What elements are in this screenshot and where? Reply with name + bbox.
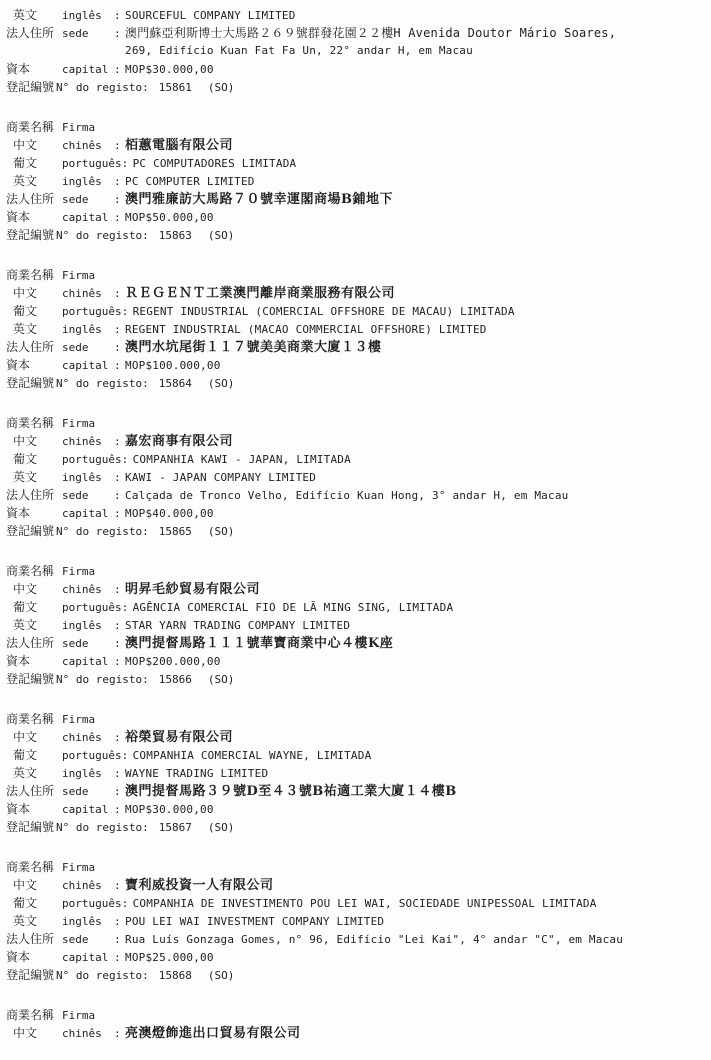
field-label-zh: 葡文	[6, 450, 62, 468]
field-label-zh: 商業名稱	[6, 414, 62, 432]
field-row-firm: 商業名稱 Firma	[6, 414, 711, 432]
field-label-zh: 資本	[6, 208, 62, 226]
field-label-zh: 資本	[6, 800, 62, 818]
field-label-pt: chinês	[62, 1025, 114, 1043]
field-label-pt: chinês	[62, 285, 114, 303]
field-label-pt: capital	[62, 357, 114, 375]
registry-entry: 商業名稱 Firma 中文 chinês : 寶利威投資一人有限公司 葡文 po…	[6, 858, 711, 984]
colon: :	[114, 949, 125, 967]
field-label-pt: português	[62, 747, 122, 765]
field-label-zh: 法人住所	[6, 338, 62, 356]
field-label-zh: 英文	[6, 764, 62, 782]
value-capital: MOP$30.000,00	[125, 61, 214, 79]
colon: :	[114, 581, 125, 599]
colon: :	[114, 505, 125, 523]
field-label-pt: capital	[62, 209, 114, 227]
colon: :	[114, 913, 125, 931]
value-address: 澳門提督馬路３９號D至４３號B祐適工業大廈１４樓B	[125, 783, 457, 801]
field-row-english: 英文 inglês : STAR YARN TRADING COMPANY LI…	[6, 616, 711, 634]
colon: :	[114, 357, 125, 375]
field-label-pt: capital	[62, 801, 114, 819]
colon: :	[114, 339, 125, 357]
registry-entry: 商業名稱 Firma 中文 chinês : 裕榮貿易有限公司 葡文 portu…	[6, 710, 711, 836]
field-label-zh: 資本	[6, 60, 62, 78]
field-row-registry: 登記編號 N° do registo: 15865 (SO)	[6, 522, 711, 540]
field-label-pt: sede	[62, 25, 114, 43]
field-label-zh: 法人住所	[6, 782, 62, 800]
field-label-pt: português	[62, 303, 122, 321]
field-label-pt: inglês	[62, 173, 114, 191]
field-label-pt: capital	[62, 653, 114, 671]
field-row-chinese: 中文 chinês : 裕榮貿易有限公司	[6, 728, 711, 746]
field-label-pt: Firma	[62, 1007, 114, 1025]
field-label-pt: N° do registo:	[56, 375, 149, 393]
field-row-registry: 登記編號 N° do registo: 15864 (SO)	[6, 374, 711, 392]
registry-suffix: (SO)	[208, 523, 235, 541]
field-label-pt: N° do registo:	[56, 523, 149, 541]
registry-suffix: (SO)	[208, 967, 235, 985]
value-english-name: PC COMPUTER LIMITED	[125, 173, 255, 191]
field-row-portuguese: 葡文 português : REGENT INDUSTRIAL (COMERC…	[6, 302, 711, 320]
registry-number: 15866	[159, 671, 192, 689]
value-chinese-name: 裕榮貿易有限公司	[125, 729, 233, 747]
field-row-address: 法人住所 sede : 澳門提督馬路１１１號華寶商業中心４樓K座	[6, 634, 711, 652]
value-english-name: SOURCEFUL COMPANY LIMITED	[125, 7, 296, 25]
colon: :	[122, 303, 133, 321]
field-row-firm: 商業名稱 Firma	[6, 562, 711, 580]
field-label-zh: 資本	[6, 504, 62, 522]
colon: :	[114, 469, 125, 487]
colon: :	[114, 783, 125, 801]
field-row-capital: 資本 capital : MOP$25.000,00	[6, 948, 711, 966]
field-row-english: 英文 inglês : WAYNE TRADING LIMITED	[6, 764, 711, 782]
field-label-pt: chinês	[62, 137, 114, 155]
value-capital: MOP$200.000,00	[125, 653, 221, 671]
field-row-registry: 登記編號 N° do registo: 15866 (SO)	[6, 670, 711, 688]
field-label-pt: chinês	[62, 433, 114, 451]
value-capital: MOP$50.000,00	[125, 209, 214, 227]
field-label-zh: 中文	[6, 876, 62, 894]
field-label-zh: 資本	[6, 652, 62, 670]
value-capital: MOP$30.000,00	[125, 801, 214, 819]
value-chinese-name: 寶利威投資一人有限公司	[125, 877, 274, 895]
registry-entry: 商業名稱 Firma 中文 chinês : 栢蕙電腦有限公司 葡文 portu…	[6, 118, 711, 244]
registry-number: 15861	[159, 79, 192, 97]
field-row-portuguese: 葡文 português : COMPANHIA COMERCIAL WAYNE…	[6, 746, 711, 764]
field-row-chinese: 中文 chinês : ＲＥＧＥＮＴ工業澳門離岸商業服務有限公司	[6, 284, 711, 302]
field-label-pt: N° do registo:	[56, 671, 149, 689]
field-label-pt: inglês	[62, 321, 114, 339]
field-label-pt: inglês	[62, 7, 114, 25]
field-label-pt: Firma	[62, 415, 114, 433]
value-portuguese-name: COMPANHIA COMERCIAL WAYNE, LIMITADA	[133, 747, 372, 765]
field-row-chinese: 中文 chinês : 明昇毛紗貿易有限公司	[6, 580, 711, 598]
value-capital: MOP$40.000,00	[125, 505, 214, 523]
field-label-pt: chinês	[62, 729, 114, 747]
colon: :	[114, 209, 125, 227]
field-label-pt: Firma	[62, 267, 114, 285]
field-label-zh: 商業名稱	[6, 858, 62, 876]
field-row-address: 法人住所 sede : Rua Luís Gonzaga Gomes, n° 9…	[6, 930, 711, 948]
field-label-zh: 英文	[6, 172, 62, 190]
registry-number: 15865	[159, 523, 192, 541]
field-label-zh: 中文	[6, 432, 62, 450]
field-label-zh: 葡文	[6, 894, 62, 912]
field-label-pt: inglês	[62, 617, 114, 635]
field-row-portuguese: 葡文 português : COMPANHIA DE INVESTIMENTO…	[6, 894, 711, 912]
field-row-address: 法人住所 sede : 澳門蘇亞利斯博士大馬路２６９號群發花園２２樓H Aven…	[6, 24, 711, 42]
field-label-zh: 登記編號	[6, 522, 56, 540]
value-chinese-name: ＲＥＧＥＮＴ工業澳門離岸商業服務有限公司	[125, 285, 395, 303]
field-label-zh: 中文	[6, 1024, 62, 1042]
value-portuguese-name: COMPANHIA DE INVESTIMENTO POU LEI WAI, S…	[133, 895, 597, 913]
field-row-capital: 資本 capital : MOP$30.000,00	[6, 800, 711, 818]
value-address: Rua Luís Gonzaga Gomes, n° 96, Edifício …	[125, 931, 623, 949]
field-label-zh: 中文	[6, 580, 62, 598]
colon: :	[114, 25, 125, 43]
field-label-zh: 葡文	[6, 598, 62, 616]
registry-number: 15864	[159, 375, 192, 393]
registry-suffix: (SO)	[208, 79, 235, 97]
field-label-pt: Firma	[62, 563, 114, 581]
colon: :	[114, 617, 125, 635]
field-row-registry: 登記編號 N° do registo: 15867 (SO)	[6, 818, 711, 836]
field-label-pt: capital	[62, 949, 114, 967]
registry-entry-partial-bottom: 商業名稱 Firma 中文 chinês : 亮澳燈飾進出口貿易有限公司	[6, 1006, 711, 1042]
field-row-capital: 資本 capital : MOP$50.000,00	[6, 208, 711, 226]
registry-entry-partial-top: 英文 inglês : SOURCEFUL COMPANY LIMITED 法人…	[6, 6, 711, 96]
field-label-pt: sede	[62, 339, 114, 357]
colon: :	[114, 635, 125, 653]
field-label-zh: 法人住所	[6, 24, 62, 42]
field-label-zh: 葡文	[6, 154, 62, 172]
field-label-pt: N° do registo:	[56, 227, 149, 245]
field-label-pt: sede	[62, 635, 114, 653]
field-row-english: 英文 inglês : POU LEI WAI INVESTMENT COMPA…	[6, 912, 711, 930]
field-label-pt: sede	[62, 783, 114, 801]
field-label-zh: 英文	[6, 320, 62, 338]
field-row-english: 英文 inglês : REGENT INDUSTRIAL (MACAO COM…	[6, 320, 711, 338]
field-row-english: 英文 inglês : PC COMPUTER LIMITED	[6, 172, 711, 190]
registry-suffix: (SO)	[208, 819, 235, 837]
field-label-pt: inglês	[62, 913, 114, 931]
field-label-zh: 中文	[6, 728, 62, 746]
field-label-zh: 英文	[6, 468, 62, 486]
field-label-zh: 葡文	[6, 746, 62, 764]
field-row-capital: 資本 capital : MOP$200.000,00	[6, 652, 711, 670]
field-row-capital: 資本 capital : MOP$30.000,00	[6, 60, 711, 78]
field-label-pt: português	[62, 451, 122, 469]
value-chinese-name: 亮澳燈飾進出口貿易有限公司	[125, 1025, 301, 1043]
field-row-address: 法人住所 sede : Calçada de Tronco Velho, Edi…	[6, 486, 711, 504]
field-row-chinese: 中文 chinês : 嘉宏商事有限公司	[6, 432, 711, 450]
colon: :	[114, 931, 125, 949]
field-label-zh: 葡文	[6, 302, 62, 320]
field-row-firm: 商業名稱 Firma	[6, 1006, 711, 1024]
field-label-zh: 登記編號	[6, 670, 56, 688]
value-english-name: STAR YARN TRADING COMPANY LIMITED	[125, 617, 350, 635]
field-label-zh: 資本	[6, 948, 62, 966]
field-label-pt: Firma	[62, 119, 114, 137]
value-english-name: KAWI - JAPAN COMPANY LIMITED	[125, 469, 316, 487]
field-label-zh: 登記編號	[6, 226, 56, 244]
value-english-name: POU LEI WAI INVESTMENT COMPANY LIMITED	[125, 913, 384, 931]
field-label-pt: capital	[62, 505, 114, 523]
field-row-firm: 商業名稱 Firma	[6, 118, 711, 136]
field-row-capital: 資本 capital : MOP$100.000,00	[6, 356, 711, 374]
value-english-name: REGENT INDUSTRIAL (MACAO COMMERCIAL OFFS…	[125, 321, 487, 339]
value-chinese-name: 栢蕙電腦有限公司	[125, 137, 233, 155]
registry-entry: 商業名稱 Firma 中文 chinês : 明昇毛紗貿易有限公司 葡文 por…	[6, 562, 711, 688]
colon: :	[114, 285, 125, 303]
registry-number: 15867	[159, 819, 192, 837]
field-label-zh: 商業名稱	[6, 1006, 62, 1024]
colon: :	[114, 487, 125, 505]
value-address-line2: 269, Edifício Kuan Fat Fa Un, 22° andar …	[125, 42, 473, 60]
field-label-zh: 商業名稱	[6, 562, 62, 580]
colon: :	[114, 321, 125, 339]
registry-suffix: (SO)	[208, 671, 235, 689]
colon: :	[114, 729, 125, 747]
field-label-pt: chinês	[62, 581, 114, 599]
colon: :	[114, 433, 125, 451]
colon: :	[122, 599, 133, 617]
value-chinese-name: 明昇毛紗貿易有限公司	[125, 581, 260, 599]
field-label-zh: 中文	[6, 284, 62, 302]
field-label-pt: capital	[62, 61, 114, 79]
field-row-portuguese: 葡文 português : PC COMPUTADORES LIMITADA	[6, 154, 711, 172]
field-row-address: 法人住所 sede : 澳門提督馬路３９號D至４３號B祐適工業大廈１４樓B	[6, 782, 711, 800]
registry-suffix: (SO)	[208, 375, 235, 393]
value-address: 澳門雅廉訪大馬路７０號幸運閣商場B鋪地下	[125, 191, 393, 209]
colon: :	[114, 877, 125, 895]
registry-number: 15868	[159, 967, 192, 985]
field-label-zh: 中文	[6, 136, 62, 154]
value-address: 澳門蘇亞利斯博士大馬路２６９號群發花園２２樓H Avenida Doutor M…	[125, 24, 616, 42]
field-row-registry: 登記編號 N° do registo: 15861 (SO)	[6, 78, 711, 96]
field-row-english: 英文 inglês : KAWI - JAPAN COMPANY LIMITED	[6, 468, 711, 486]
field-row-registry: 登記編號 N° do registo: 15863 (SO)	[6, 226, 711, 244]
colon: :	[114, 1025, 125, 1043]
field-row-address: 法人住所 sede : 澳門水坑尾街１１７號美美商業大廈１３樓	[6, 338, 711, 356]
field-label-pt: Firma	[62, 711, 114, 729]
field-label-pt: sede	[62, 931, 114, 949]
value-capital: MOP$100.000,00	[125, 357, 221, 375]
colon: :	[114, 801, 125, 819]
colon: :	[122, 155, 133, 173]
field-label-zh: 英文	[6, 616, 62, 634]
value-address: Calçada de Tronco Velho, Edifício Kuan H…	[125, 487, 568, 505]
field-label-zh: 登記編號	[6, 818, 56, 836]
colon: :	[114, 137, 125, 155]
registry-suffix: (SO)	[208, 227, 235, 245]
field-label-zh: 登記編號	[6, 78, 56, 96]
value-portuguese-name: COMPANHIA KAWI - JAPAN, LIMITADA	[133, 451, 351, 469]
field-label-pt: sede	[62, 191, 114, 209]
field-label-zh: 登記編號	[6, 966, 56, 984]
field-row-firm: 商業名稱 Firma	[6, 710, 711, 728]
value-portuguese-name: PC COMPUTADORES LIMITADA	[133, 155, 297, 173]
value-address: 澳門水坑尾街１１７號美美商業大廈１３樓	[125, 339, 382, 357]
value-portuguese-name: AGÊNCIA COMERCIAL FIO DE LÃ MING SING, L…	[133, 599, 454, 617]
field-row-portuguese: 葡文 português : COMPANHIA KAWI - JAPAN, L…	[6, 450, 711, 468]
value-capital: MOP$25.000,00	[125, 949, 214, 967]
field-row-chinese: 中文 chinês : 亮澳燈飾進出口貿易有限公司	[6, 1024, 711, 1042]
field-label-pt: português	[62, 155, 122, 173]
field-row-firm: 商業名稱 Firma	[6, 266, 711, 284]
field-label-pt: português	[62, 895, 122, 913]
registry-entry: 商業名稱 Firma 中文 chinês : ＲＥＧＥＮＴ工業澳門離岸商業服務有…	[6, 266, 711, 392]
field-row-registry: 登記編號 N° do registo: 15868 (SO)	[6, 966, 711, 984]
field-row-portuguese: 葡文 português : AGÊNCIA COMERCIAL FIO DE …	[6, 598, 711, 616]
field-row-address-wrap: 269, Edifício Kuan Fat Fa Un, 22° andar …	[6, 42, 711, 60]
field-label-zh: 資本	[6, 356, 62, 374]
field-label-pt: sede	[62, 487, 114, 505]
field-label-zh: 商業名稱	[6, 710, 62, 728]
field-label-zh: 法人住所	[6, 930, 62, 948]
field-row-english: 英文 inglês : SOURCEFUL COMPANY LIMITED	[6, 6, 711, 24]
registry-entry: 商業名稱 Firma 中文 chinês : 嘉宏商事有限公司 葡文 portu…	[6, 414, 711, 540]
colon: :	[122, 451, 133, 469]
colon: :	[114, 191, 125, 209]
colon: :	[122, 895, 133, 913]
value-address: 澳門提督馬路１１１號華寶商業中心４樓K座	[125, 635, 393, 653]
field-row-chinese: 中文 chinês : 栢蕙電腦有限公司	[6, 136, 711, 154]
field-label-zh: 法人住所	[6, 486, 62, 504]
colon: :	[114, 7, 125, 25]
colon: :	[114, 173, 125, 191]
field-label-pt: inglês	[62, 765, 114, 783]
value-chinese-name: 嘉宏商事有限公司	[125, 433, 233, 451]
field-label-pt: Firma	[62, 859, 114, 877]
field-label-pt: inglês	[62, 469, 114, 487]
colon: :	[114, 61, 125, 79]
field-label-pt: N° do registo:	[56, 967, 149, 985]
field-label-pt: N° do registo:	[56, 819, 149, 837]
registry-entries: 商業名稱 Firma 中文 chinês : 栢蕙電腦有限公司 葡文 portu…	[6, 118, 711, 984]
field-label-zh: 英文	[6, 912, 62, 930]
gazette-page: { "labels": { "colon": ":", "firm_zh": "…	[0, 0, 711, 1060]
field-label-zh: 英文	[6, 6, 62, 24]
field-label-zh: 法人住所	[6, 190, 62, 208]
field-row-capital: 資本 capital : MOP$40.000,00	[6, 504, 711, 522]
colon: :	[114, 653, 125, 671]
colon: :	[114, 765, 125, 783]
field-label-zh: 商業名稱	[6, 266, 62, 284]
field-label-pt: português	[62, 599, 122, 617]
field-row-address: 法人住所 sede : 澳門雅廉訪大馬路７０號幸運閣商場B鋪地下	[6, 190, 711, 208]
field-label-pt: N° do registo:	[56, 79, 149, 97]
field-row-firm: 商業名稱 Firma	[6, 858, 711, 876]
field-label-pt: chinês	[62, 877, 114, 895]
colon: :	[122, 747, 133, 765]
registry-number: 15863	[159, 227, 192, 245]
value-english-name: WAYNE TRADING LIMITED	[125, 765, 268, 783]
value-portuguese-name: REGENT INDUSTRIAL (COMERCIAL OFFSHORE DE…	[133, 303, 515, 321]
field-label-zh: 法人住所	[6, 634, 62, 652]
field-label-zh: 商業名稱	[6, 118, 62, 136]
field-label-zh: 登記編號	[6, 374, 56, 392]
field-row-chinese: 中文 chinês : 寶利威投資一人有限公司	[6, 876, 711, 894]
